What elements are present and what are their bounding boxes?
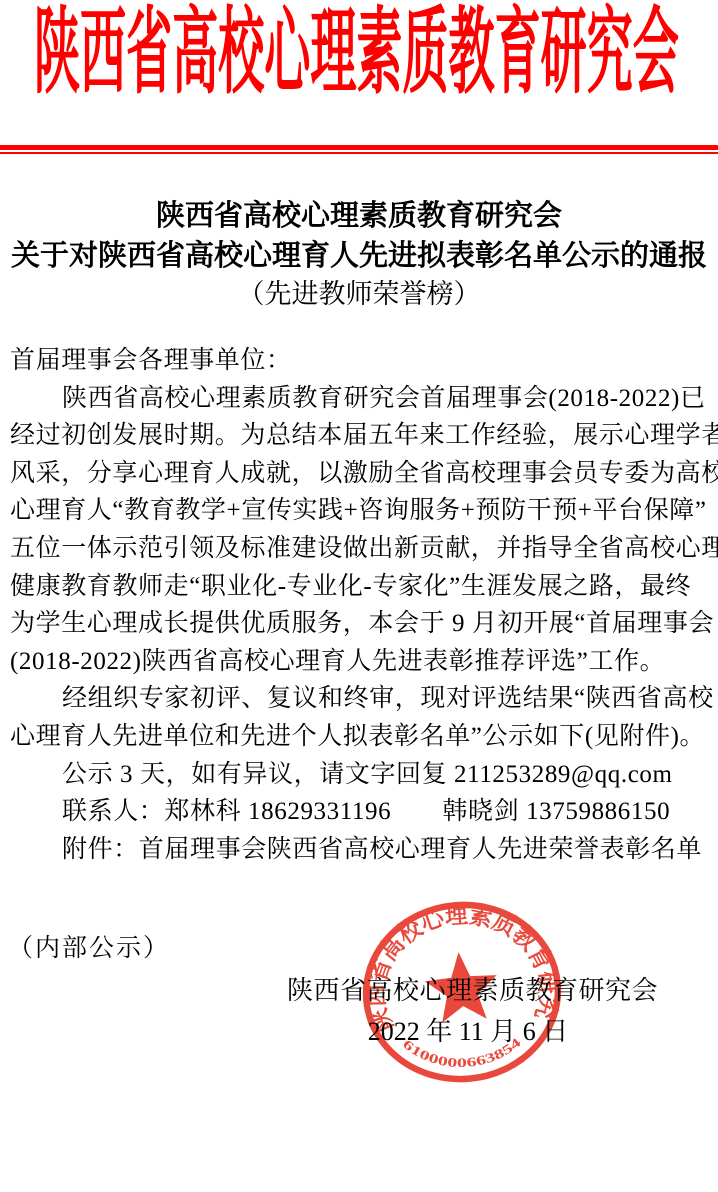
body-line: (2018-2022)陕西省高校心理育人先进表彰推荐评选”工作。 xyxy=(10,643,712,681)
body-line: 健康教育教师走“职业化-专业化-专家化”生涯发展之路，最终 xyxy=(10,568,712,606)
masthead-rule-thin xyxy=(0,152,718,154)
salutation-line: 首届理事会各理事单位： xyxy=(10,342,712,380)
masthead-org-title: 陕西省高校心理素质教育研究会 xyxy=(34,2,679,104)
body-text: 首届理事会各理事单位： 陕西省高校心理素质教育研究会首届理事会(2018-202… xyxy=(10,342,712,868)
body-line: 为学生心理成长提供优质服务，本会于 9 月初开展“首届理事会 xyxy=(10,605,712,643)
internal-note: （内部公示） xyxy=(8,928,170,964)
body-line: 风采，分享心理育人成就，以激励全省高校理事会员专委为高校 xyxy=(10,455,712,493)
body-line: 陕西省高校心理素质教育研究会首届理事会(2018-2022)已 xyxy=(10,380,712,418)
document-title-line1: 陕西省高校心理素质教育研究会 xyxy=(0,196,718,236)
seal-star-icon xyxy=(423,949,501,1024)
document-page: 陕西省高校心理素质教育研究会 陕西省高校心理素质教育研究会 关于对陕西省高校心理… xyxy=(0,0,718,1192)
body-line: 心理育人“教育教学+宣传实践+咨询服务+预防干预+平台保障” xyxy=(10,492,712,530)
body-line: 经组织专家初评、复议和终审，现对评选结果“陕西省高校 xyxy=(10,680,712,718)
official-seal: 陕西省高校心理素质教育研究会 6100000663854 xyxy=(356,893,568,1095)
attachment-line: 附件：首届理事会陕西省高校心理育人先进荣誉表彰名单 xyxy=(10,831,712,869)
body-line: 五位一体示范引领及标准建设做出新贡献，并指导全省高校心理 xyxy=(10,530,712,568)
public-notice-line: 公示 3 天，如有异议，请文字回复 211253289@qq.com xyxy=(10,756,712,794)
contacts-line: 联系人：郑林科 18629331196 韩晓剑 13759886150 xyxy=(10,793,712,831)
body-line: 心理育人先进单位和先进个人拟表彰名单”公示如下(见附件)。 xyxy=(10,718,712,756)
document-title: 陕西省高校心理素质教育研究会 关于对陕西省高校心理育人先进拟表彰名单公示的通报 xyxy=(0,196,718,276)
masthead-rule-thick xyxy=(0,145,718,150)
document-title-line2: 关于对陕西省高校心理育人先进拟表彰名单公示的通报 xyxy=(0,236,718,276)
document-subtitle: （先进教师荣誉榜） xyxy=(0,276,718,312)
body-line: 经过初创发展时期。为总结本届五年来工作经验，展示心理学者 xyxy=(10,417,712,455)
